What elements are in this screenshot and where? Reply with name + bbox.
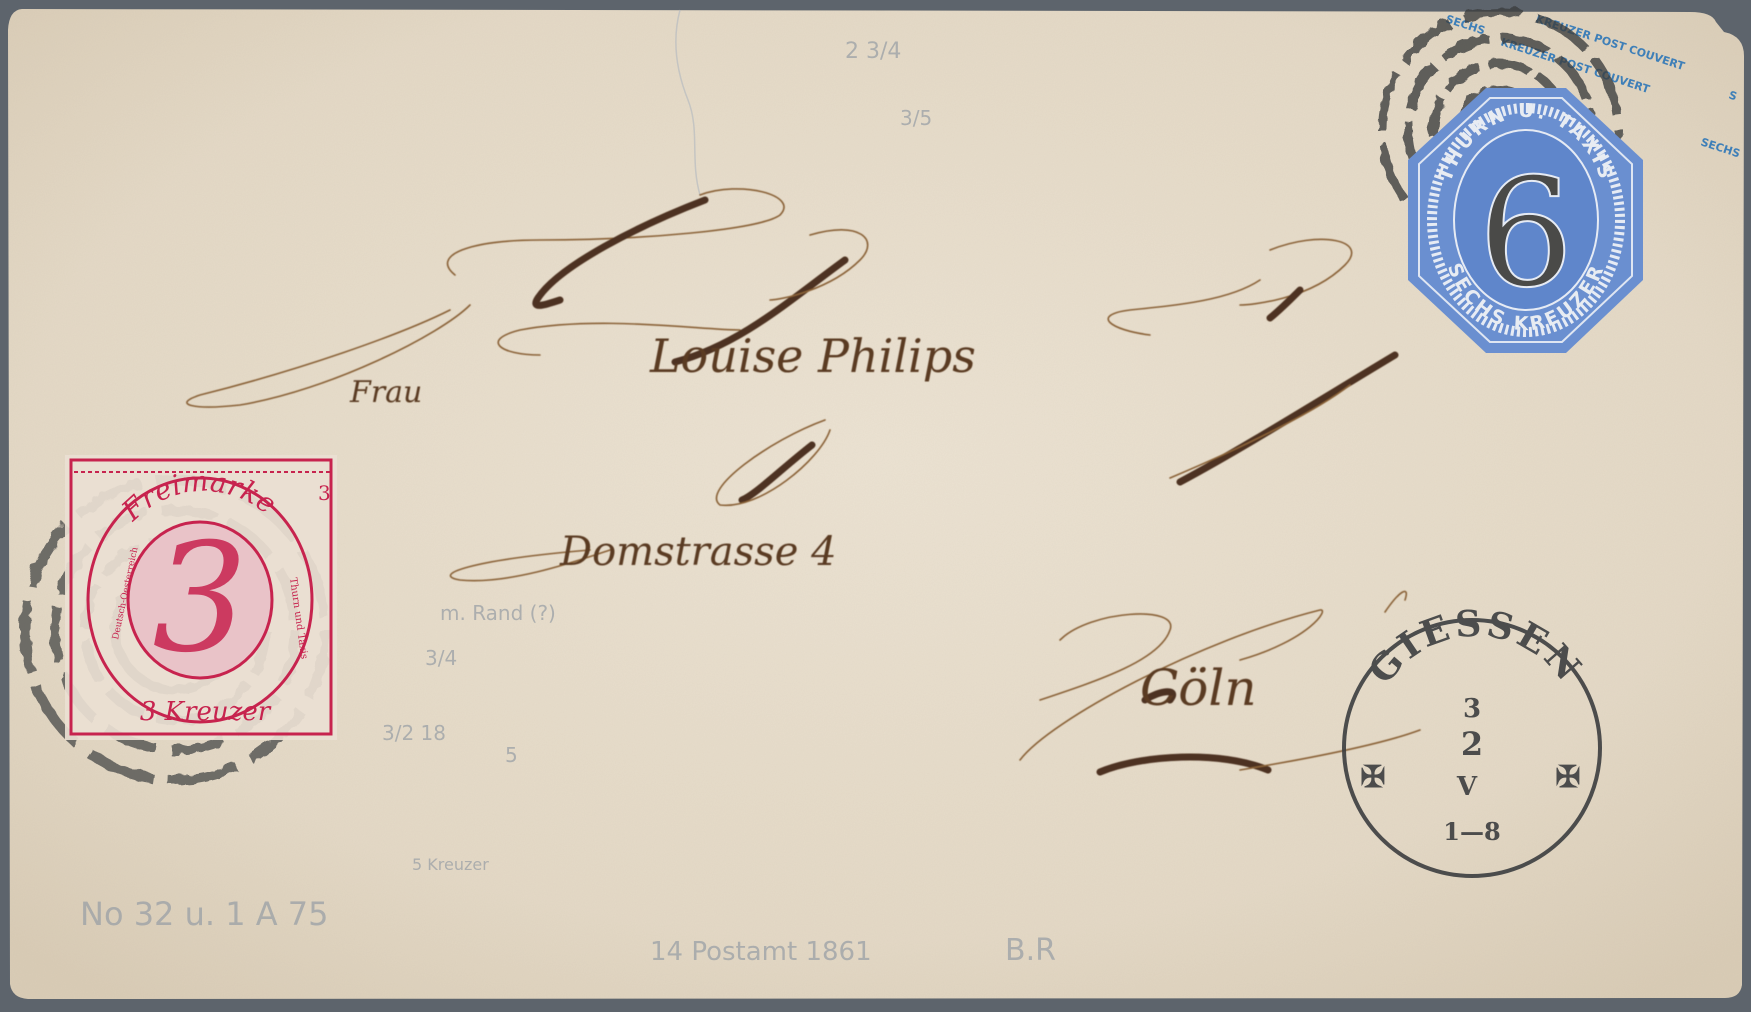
stamp-bottom-text: 3 Kreuzer [140, 697, 272, 727]
adhesive-stamp: Freimarke 3 Kreuzer 3 Deutsch-Oesterreic… [65, 455, 337, 740]
postal-cover-scene: SECHS KREUZER POST COUVERT KREUZER POST … [0, 0, 1751, 1012]
pencil-note-bottom-small: 5 Kreuzer [412, 855, 489, 874]
stamp-corner-numeral: 3 [318, 481, 331, 505]
pencil-note-top-1: 2 3/4 [845, 39, 901, 64]
stamp-value-numeral-red: 3 [152, 512, 247, 686]
postmark-day: 3 [1463, 694, 1481, 724]
address-street: Domstrasse 4 [559, 529, 837, 575]
address-name: Louise Philips [649, 329, 976, 383]
postmark-ornament-left: ✠ [1360, 760, 1385, 795]
postmark-time: 1—8 [1443, 817, 1500, 846]
pencil-note-mid-4: 5 [505, 743, 518, 767]
stamp-value-numeral: 6 [1478, 147, 1573, 321]
pencil-note-top-2: 3/5 [900, 106, 932, 130]
pencil-note-mid-1: m. Rand (?) [440, 601, 556, 625]
pencil-note-mid-3: 3/2 18 [382, 721, 446, 745]
pencil-note-bottom-left: No 32 u. 1 A 75 [80, 895, 329, 933]
postmark-line3: V [1456, 772, 1478, 802]
address-city: Cöln [1140, 659, 1257, 717]
pencil-note-bottom-center: 14 Postamt 1861 [650, 937, 872, 967]
address-salutation: Frau [349, 375, 422, 410]
postmark-month: 2 [1461, 725, 1483, 763]
postmark-ornament-right: ✠ [1555, 760, 1580, 795]
pencil-note-initials: B.R [1005, 933, 1056, 968]
pencil-note-mid-2: 3/4 [425, 646, 457, 670]
